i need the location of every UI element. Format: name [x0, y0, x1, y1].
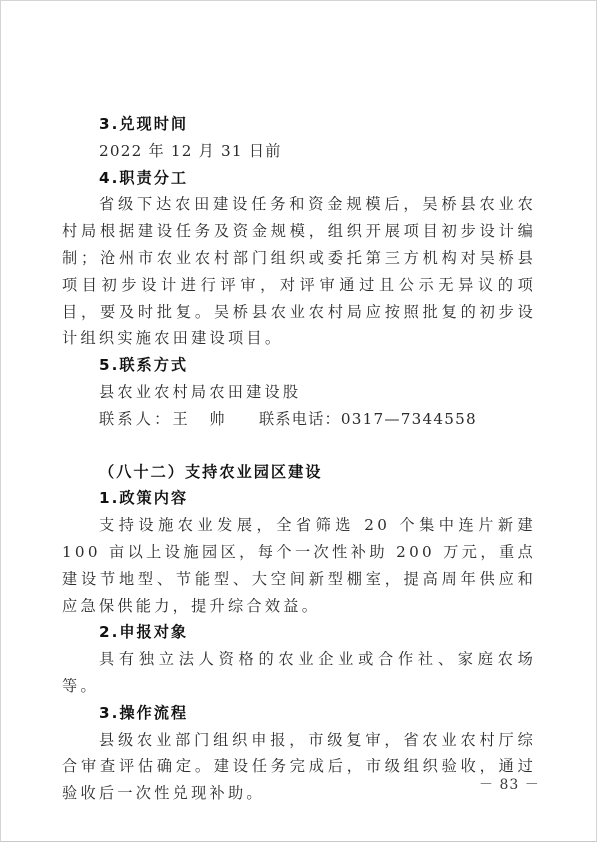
- fulfillment-time-text: 2022 年 12 月 31 日前: [62, 138, 536, 165]
- contact-person: 联系人：王 帅: [99, 406, 259, 433]
- policy-content-paragraph: 支持设施农业发展，全省筛选 20 个集中连片新建 100 亩以上设施园区，每个一…: [62, 512, 536, 619]
- contact-row: 联系人：王 帅 联系电话：0317—7344558: [62, 406, 536, 433]
- duty-division-paragraph: 省级下达农田建设任务和资金规模后，吴桥县农业农村局根据建设任务及资金规模，组织开…: [62, 191, 536, 352]
- contact-department: 县农业农村局农田建设股: [62, 379, 536, 406]
- heading-contact: 5.联系方式: [62, 352, 536, 379]
- heading-applicants: 2.申报对象: [62, 619, 536, 646]
- heading-fulfillment-time: 3.兑现时间: [62, 111, 536, 138]
- heading-policy-content: 1.政策内容: [62, 485, 536, 512]
- applicants-paragraph: 具有独立法人资格的农业企业或合作社、家庭农场等。: [62, 646, 536, 700]
- heading-duty-division: 4.职责分工: [62, 165, 536, 192]
- page-number: － 83 －: [479, 774, 540, 794]
- contact-phone: 联系电话：0317—7344558: [259, 406, 477, 433]
- section-82-title: （八十二）支持农业园区建设: [62, 459, 536, 486]
- page-content: 3.兑现时间 2022 年 12 月 31 日前 4.职责分工 省级下达农田建设…: [62, 111, 536, 807]
- heading-procedure: 3.操作流程: [62, 700, 536, 727]
- document-page: 3.兑现时间 2022 年 12 月 31 日前 4.职责分工 省级下达农田建设…: [0, 0, 597, 842]
- procedure-paragraph: 县级农业部门组织申报，市级复审，省农业农村厅综合审查评估确定。建设任务完成后，市…: [62, 727, 536, 807]
